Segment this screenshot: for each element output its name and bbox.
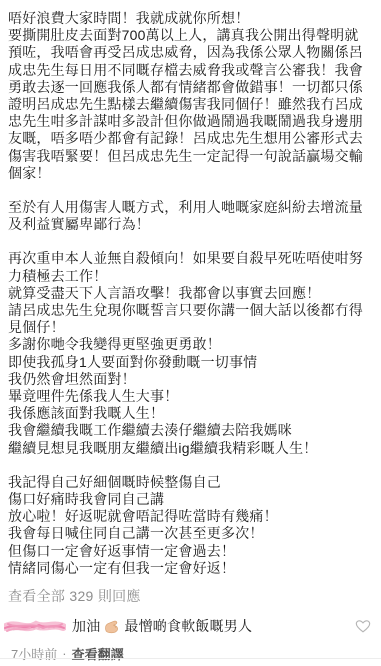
- post-paragraph: 我記得自己好細個嘅時候整傷自己 傷口好痛時我會同自己講 放心啦！好返呢就會唔記得…: [8, 474, 366, 577]
- post-paragraph: 唔好浪費大家時間！我就成就你所想！ 要撕開肚皮去面對700萬以上人，講真我公開出…: [8, 10, 366, 182]
- comment-timestamp: 7小時前: [11, 644, 57, 663]
- comment-text: 加油 最憎啲食軟飯嘅男人: [72, 616, 252, 636]
- see-translation-button[interactable]: 查看翻譯: [72, 644, 124, 663]
- comment-like-button[interactable]: [355, 619, 371, 634]
- redacted-username-scribble[interactable]: [4, 618, 66, 634]
- comment-text-before: 加油: [72, 616, 100, 636]
- comment-item: 加油 最憎啲食軟飯嘅男人: [8, 616, 371, 636]
- comments-page: 唔好浪費大家時間！我就成就你所想！ 要撕開肚皮去面對700萬以上人，講真我公開出…: [0, 0, 381, 663]
- flexed-biceps-emoji: [103, 618, 120, 635]
- bottom-divider: [0, 658, 381, 659]
- post-caption: 唔好浪費大家時間！我就成就你所想！ 要撕開肚皮去面對700萬以上人，講真我公開出…: [8, 10, 366, 577]
- comment-text-after: 最憎啲食軟飯嘅男人: [124, 616, 252, 636]
- view-all-comments-button[interactable]: 查看全部 329 則回應: [8, 586, 367, 606]
- comment-meta: 7小時前 · 查看翻譯: [11, 644, 367, 663]
- post-paragraph: 至於有人用傷害人嘅方式，利用人哋嘅家庭糾紛去增流量及利益實屬卑鄙行為！: [8, 199, 366, 233]
- heart-outline-icon: [355, 619, 371, 634]
- post-paragraph: 再次重申本人並無自殺傾向！如果要自殺早死咗唔使咁努力積極去工作！ 就算受盡天下人…: [8, 250, 366, 456]
